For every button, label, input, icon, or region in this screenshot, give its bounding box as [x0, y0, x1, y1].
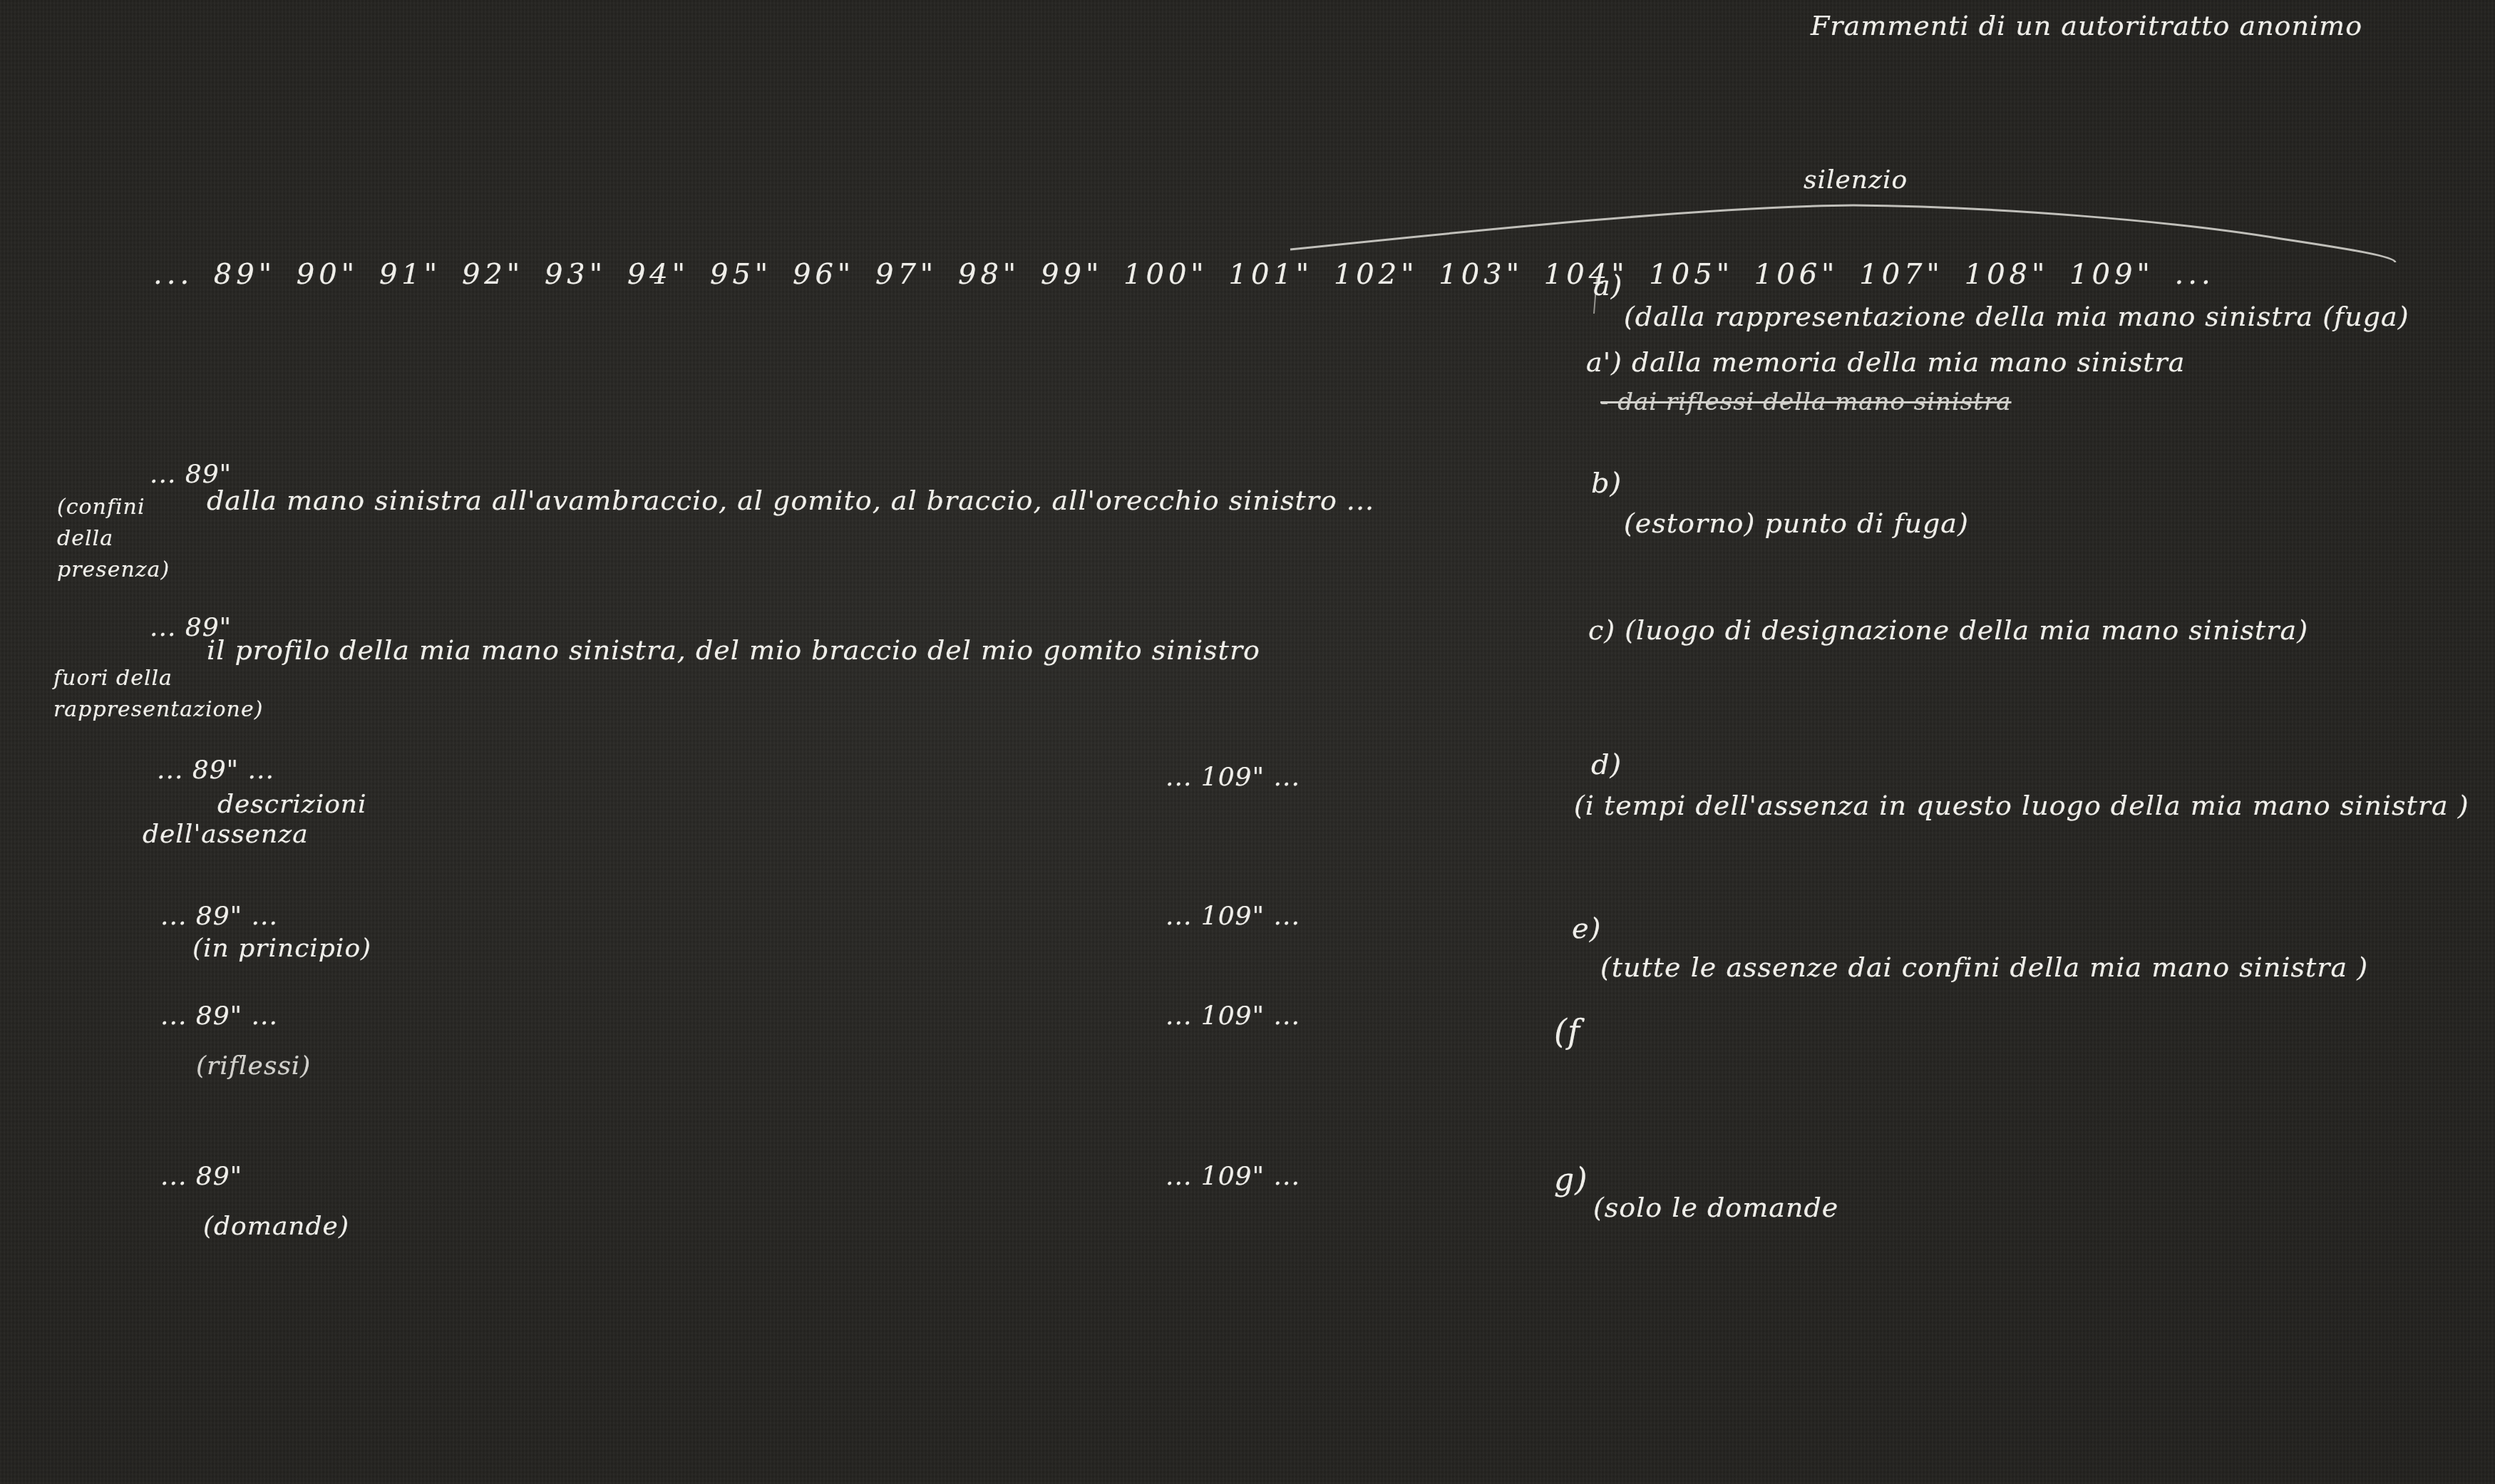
entry-3-text-2: dell'assenza	[143, 820, 309, 849]
entry-1-text: dalla mano sinistra all'avambraccio, al …	[207, 485, 1374, 516]
entry-1-side-note: (confini della presenza)	[57, 492, 200, 586]
struck-through-line: - dai riflessi della mano sinistra	[1600, 388, 2011, 416]
entry-6-text: (domande)	[203, 1212, 349, 1241]
item-e-text: (tutte le assenze dai confini della mia …	[1600, 952, 2368, 983]
entry-3-start: ... 89" ...	[157, 756, 274, 785]
entry-5-text: (riflessi)	[196, 1051, 311, 1081]
item-a-label: a)	[1593, 269, 1622, 302]
entry-4-text: (in principio)	[192, 934, 371, 963]
entry-4-end: ... 109" ...	[1166, 902, 1300, 931]
item-b-label: b)	[1591, 467, 1622, 500]
number-sequence: ... 89" 90" 91" 92" 93" 94" 95" 96" 97" …	[153, 258, 2215, 291]
item-c-text: (luogo di designazione della mia mano si…	[1625, 614, 2308, 646]
entry-3-text: descrizioni	[217, 790, 367, 819]
item-b-text: (estorno) punto di fuga)	[1624, 507, 1969, 539]
item-c-label: c)	[1588, 614, 1615, 646]
item-d-text: (i tempi dell'assenza in questo luogo de…	[1574, 790, 2469, 821]
entry-2-side-note: fuori della rappresentazione)	[53, 663, 239, 726]
item-a-prime-label: a')	[1586, 346, 1622, 378]
item-g-text: (solo le domande	[1593, 1192, 1838, 1223]
entry-3-end: ... 109" ...	[1166, 763, 1300, 792]
silenzio-arc-line	[0, 0, 2495, 1484]
item-a-prime-text: dalla memoria della mia mano sinistra	[1632, 346, 2185, 378]
item-a-text: (dalla rappresentazione della mia mano s…	[1624, 301, 2409, 332]
entry-5-end: ... 109" ...	[1166, 1001, 1300, 1031]
item-c: c) (luogo di designazione della mia mano…	[1588, 614, 2308, 646]
item-d-label: d)	[1591, 748, 1622, 781]
entry-4-start: ... 89" ...	[160, 902, 278, 931]
artwork-canvas: Frammenti di un autoritratto anonimo sil…	[0, 0, 2495, 1484]
item-g-label: g)	[1554, 1162, 1588, 1198]
entry-6-end: ... 109" ...	[1166, 1162, 1300, 1191]
item-e-label: e)	[1572, 912, 1601, 945]
entry-5-start: ... 89" ...	[160, 1001, 278, 1031]
item-a-prime: a') dalla memoria della mia mano sinistr…	[1586, 346, 2185, 378]
silenzio-label: silenzio	[1804, 165, 1908, 195]
entry-6-start: ... 89"	[160, 1162, 242, 1191]
item-f-label: (f	[1554, 1012, 1580, 1051]
artwork-title: Frammenti di un autoritratto anonimo	[1811, 10, 2362, 41]
entry-2-text: il profilo della mia mano sinistra, del …	[207, 634, 1260, 666]
